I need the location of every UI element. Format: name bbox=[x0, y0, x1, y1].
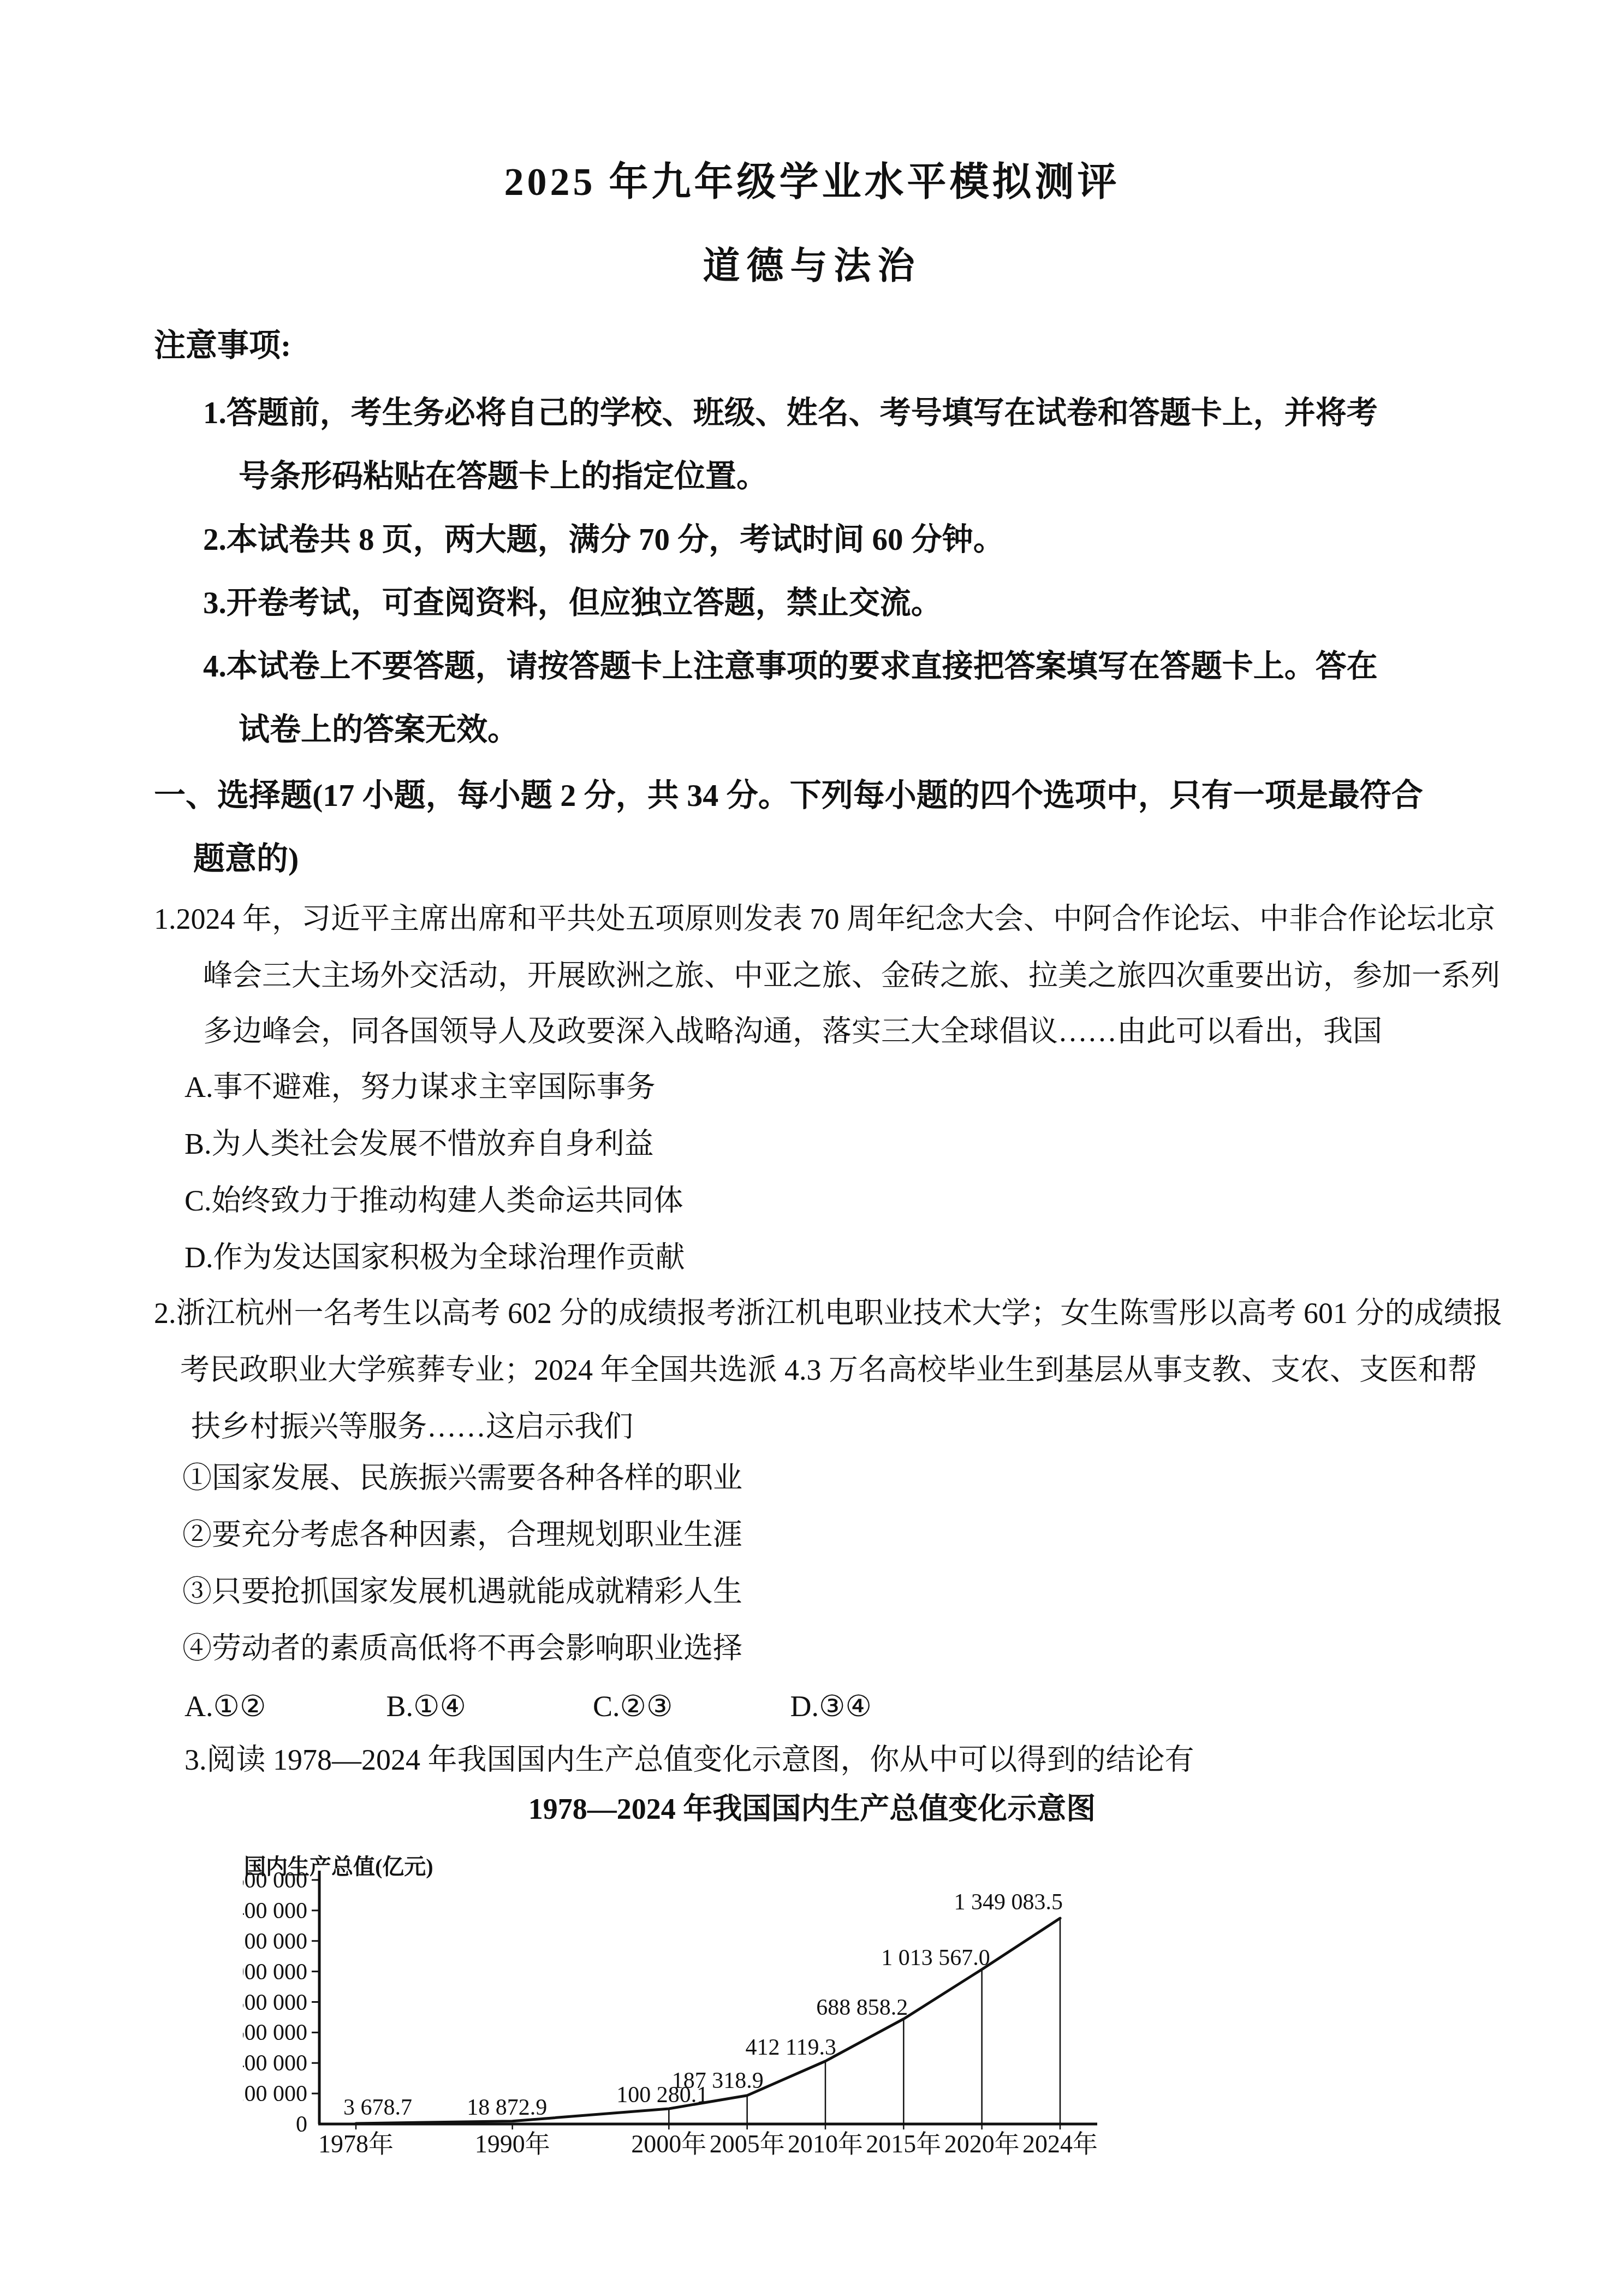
question-2-option-c: C.②③ bbox=[593, 1689, 783, 1723]
svg-text:2010年: 2010年 bbox=[788, 2130, 863, 2158]
svg-text:1978年: 1978年 bbox=[318, 2130, 394, 2158]
svg-text:688 858.2: 688 858.2 bbox=[816, 1995, 908, 2020]
question-1-line-1: 1.2024 年，习近平主席出席和平共处五项原则发表 70 周年纪念大会、中阿合… bbox=[154, 902, 1495, 936]
notice-item-4-line-1: 4.本试卷上不要答题，请按答题卡上注意事项的要求直接把答案填写在答题卡上。答在 bbox=[203, 649, 1378, 685]
question-3-line-1: 3.阅读 1978—2024 年我国国内生产总值变化示意图，你从中可以得到的结论… bbox=[185, 1743, 1194, 1777]
question-2-statement-4: ④劳动者的素质高低将不再会影响职业选择 bbox=[182, 1631, 742, 1665]
question-1-option-c: C.始终致力于推动构建人类命运共同体 bbox=[185, 1184, 683, 1218]
svg-text:18 872.9: 18 872.9 bbox=[467, 2095, 547, 2120]
question-1-option-b: B.为人类社会发展不惜放弃自身利益 bbox=[185, 1127, 654, 1161]
svg-text:3 678.7: 3 678.7 bbox=[343, 2095, 412, 2120]
svg-text:187 318.9: 187 318.9 bbox=[672, 2068, 764, 2093]
svg-text:1 349 083.5: 1 349 083.5 bbox=[954, 1890, 1063, 1915]
svg-text:0: 0 bbox=[296, 2112, 307, 2137]
question-2-options-row: A.①② B.①④ C.②③ D.③④ bbox=[185, 1689, 872, 1723]
notice-item-2: 2.本试卷共 8 页，两大题，满分 70 分，考试时间 60 分钟。 bbox=[203, 522, 1004, 558]
svg-text:800 000: 800 000 bbox=[243, 1990, 307, 2015]
notice-item-1-line-1: 1.答题前，考生务必将自己的学校、班级、姓名、考号填写在试卷和答题卡上，并将考 bbox=[203, 395, 1378, 431]
svg-text:1 400 000: 1 400 000 bbox=[243, 1898, 307, 1924]
question-2-statement-1: ①国家发展、民族振兴需要各种各样的职业 bbox=[182, 1461, 742, 1495]
svg-text:400 000: 400 000 bbox=[243, 2051, 307, 2076]
gdp-line-chart-svg: 国内生产总值(亿元)0200 000400 000600 000800 0001… bbox=[243, 1851, 1149, 2179]
svg-text:2024年: 2024年 bbox=[1022, 2130, 1098, 2158]
question-2-line-3: 扶乡村振兴等服务……这启示我们 bbox=[191, 1410, 633, 1444]
svg-text:200 000: 200 000 bbox=[243, 2081, 307, 2107]
svg-text:1990年: 1990年 bbox=[475, 2130, 550, 2158]
notice-item-3: 3.开卷考试，可查阅资料，但应独立答题，禁止交流。 bbox=[203, 585, 942, 621]
section-1-heading-line-1: 一、选择题(17 小题，每小题 2 分，共 34 分。下列每小题的四个选项中，只… bbox=[154, 778, 1423, 814]
question-2-line-2: 考民政职业大学殡葬专业；2024 年全国共选派 4.3 万名高校毕业生到基层从事… bbox=[180, 1353, 1477, 1387]
svg-text:412 119.3: 412 119.3 bbox=[746, 2035, 836, 2060]
question-2-statement-2: ②要充分考虑各种因素，合理规划职业生涯 bbox=[182, 1518, 742, 1552]
svg-text:2000年: 2000年 bbox=[631, 2130, 706, 2158]
notice-item-1-line-2: 号条形码粘贴在答题卡上的指定位置。 bbox=[239, 459, 768, 495]
question-2-option-a: A.①② bbox=[185, 1689, 379, 1723]
chart-title: 1978—2024 年我国国内生产总值变化示意图 bbox=[0, 1792, 1624, 1826]
notice-heading: 注意事项: bbox=[154, 328, 291, 364]
svg-text:1 600 000: 1 600 000 bbox=[243, 1868, 307, 1893]
notice-item-4-line-2: 试卷上的答案无效。 bbox=[239, 712, 519, 748]
question-2-option-b: B.①④ bbox=[386, 1689, 586, 1723]
question-2-line-1: 2.浙江杭州一名考生以高考 602 分的成绩报考浙江机电职业技术大学；女生陈雪彤… bbox=[154, 1296, 1503, 1330]
exam-paper-page: 2025 年九年级学业水平模拟测评 道德与法治 注意事项: 1.答题前，考生务必… bbox=[0, 0, 1624, 2296]
question-1-line-3: 多边峰会，同各国领导人及政要深入战略沟通，落实三大全球倡议……由此可以看出，我国 bbox=[203, 1014, 1382, 1048]
svg-text:1 000 000: 1 000 000 bbox=[243, 1960, 307, 1985]
svg-text:600 000: 600 000 bbox=[243, 2020, 307, 2045]
svg-text:1 200 000: 1 200 000 bbox=[243, 1929, 307, 1954]
gdp-line-chart: 国内生产总值(亿元)0200 000400 000600 000800 0001… bbox=[243, 1851, 1149, 2179]
question-2-statement-3: ③只要抢抓国家发展机遇就能成就精彩人生 bbox=[182, 1575, 742, 1609]
svg-text:1 013 567.0: 1 013 567.0 bbox=[881, 1945, 990, 1971]
svg-text:2015年: 2015年 bbox=[866, 2130, 941, 2158]
subject-title: 道德与法治 bbox=[0, 245, 1624, 287]
question-1-line-2: 峰会三大主场外交活动，开展欧洲之旅、中亚之旅、金砖之旅、拉美之旅四次重要出访，参… bbox=[203, 959, 1500, 993]
svg-text:2005年: 2005年 bbox=[710, 2130, 785, 2158]
question-1-option-d: D.作为发达国家积极为全球治理作贡献 bbox=[185, 1241, 685, 1274]
section-1-heading-line-2: 题意的) bbox=[193, 841, 299, 877]
page-title: 2025 年九年级学业水平模拟测评 bbox=[0, 159, 1624, 205]
question-1-option-a: A.事不避难，努力谋求主宰国际事务 bbox=[185, 1070, 656, 1104]
svg-text:2020年: 2020年 bbox=[944, 2130, 1020, 2158]
question-2-option-d: D.③④ bbox=[790, 1689, 872, 1723]
